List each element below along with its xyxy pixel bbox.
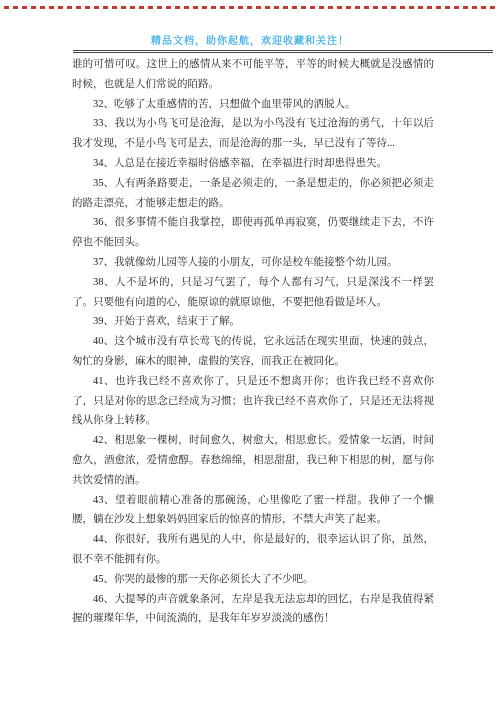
paragraph-item-33: 33、我以为小鸟飞可是沧海，是以为小鸟没有飞过沧海的勇气，十年以后我才发现，不是… [72,114,434,154]
paragraph-item-43: 43、望着眼前精心准备的那碗汤，心里像吃了蜜一样甜。我伸了一个懒腰，躺在沙发上想… [72,491,434,531]
document-body: 谁的可惜可叹。这世上的感情从来不可能平等，平等的时候大概就是没感情的时候，也就是… [72,55,434,629]
paragraph-item-40: 40、这个城市没有草长莺飞的传说，它永远活在现实里面，快速的鼓点，匆忙的身影，麻… [72,332,434,372]
paragraph-item-36: 36、很多事情不能自我掌控，即使再孤单再寂寞，仍要继续走下去，不许停也不能回头。 [72,213,434,253]
paragraph-item-46: 46、大提琴的声音就象条河，左岸是我无法忘却的回忆，右岸是我值得紧握的璀璨年华，… [72,590,434,630]
paragraph-item-38: 38、人不是坏的，只是习气罢了，每个人都有习气，只是深浅不一样罢了。只要他有向道… [72,273,434,313]
promo-banner: 精品文档，助你起航，欢迎收藏和关注！ [0,35,500,49]
paragraph-item-39: 39、开始于喜欢，结束于了解。 [72,312,434,332]
paragraph-item-32: 32、吃够了太重感情的苦，只想做个血里带风的洒脱人。 [72,95,434,115]
top-decorative-border [4,6,496,9]
header-divider [73,50,493,53]
paragraph-item-44: 44、你很好，我所有遇见的人中，你是最好的，很幸运认识了你，虽然，很不幸不能拥有… [72,530,434,570]
promo-text: 精品文档，助你起航，欢迎收藏和关注！ [151,36,349,47]
paragraph-item-45: 45、你哭的最惨的那一天你必须长大了不少吧。 [72,570,434,590]
document-page: 精品文档，助你起航，欢迎收藏和关注！ 谁的可惜可叹。这世上的感情从来不可能平等，… [0,0,500,707]
paragraph-item-42: 42、相思象一棵树，时间愈久，树愈大，相思愈长。爱情象一坛酒，时间愈久，酒愈浓，… [72,431,434,490]
paragraph-item-37: 37、我就像幼儿园等人接的小朋友，可你是校车能接整个幼儿园。 [72,253,434,273]
paragraph-item-41: 41、也许我已经不喜欢你了，只是还不想离开你；也许我已经不喜欢你了，只是对你的思… [72,372,434,431]
paragraph-item-35: 35、人有两条路要走，一条是必须走的，一条是想走的，你必须把必须走的路走漂亮，才… [72,174,434,214]
paragraph-continuation: 谁的可惜可叹。这世上的感情从来不可能平等，平等的时候大概就是没感情的时候，也就是… [72,55,434,95]
paragraph-item-34: 34、人总是在接近幸福时倍感幸福，在幸福进行时却患得患失。 [72,154,434,174]
